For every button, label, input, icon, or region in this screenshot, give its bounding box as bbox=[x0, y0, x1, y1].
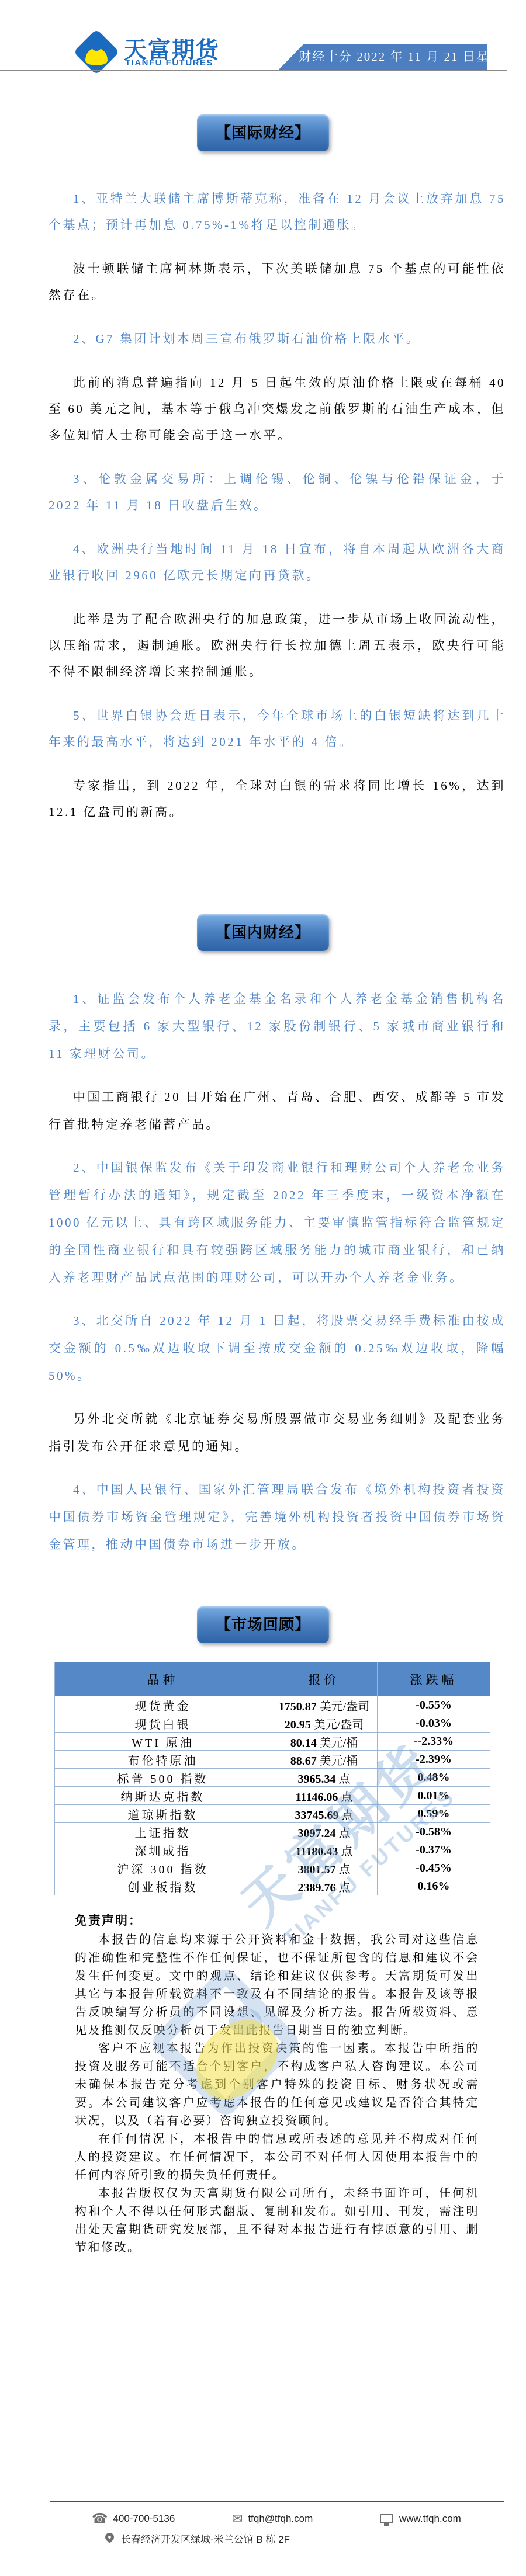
paragraph: 3、伦敦金属交易所：上调伦锡、伦铜、伦镍与伦铅保证金，于 2022 年 11 月… bbox=[49, 466, 506, 519]
table-row: 现货白银20.95 美元/盎司-0.03% bbox=[55, 1714, 490, 1733]
variety-cell: 布伦特原油 bbox=[55, 1751, 271, 1769]
paragraph: 3、北交所自 2022 年 12 月 1 日起，将股票交易经手费标准由按成交金额… bbox=[49, 1307, 506, 1390]
paragraph: 波士顿联储主席柯林斯表示，下次美联储加息 75 个基点的可能性依然存在。 bbox=[49, 256, 506, 308]
website-url: www.tfqh.com bbox=[399, 2513, 461, 2525]
market-review-table: 品种 报价 涨跌幅 现货黄金1750.87 美元/盎司-0.55%现货白银20.… bbox=[54, 1662, 490, 1895]
table-row: 现货黄金1750.87 美元/盎司-0.55% bbox=[55, 1696, 490, 1714]
change-cell: -0.37% bbox=[378, 1841, 490, 1859]
paragraph: 另外北交所就《北京证券交易所股票做市交易业务细则》及配套业务指引发布公开征求意见… bbox=[49, 1405, 506, 1460]
variety-cell: 沪深 300 指数 bbox=[55, 1859, 271, 1877]
footer-address: 长春经济开发区绿城-米兰公馆 B 栋 2F bbox=[105, 2529, 290, 2547]
change-cell: 0.01% bbox=[378, 1787, 490, 1805]
report-page: 天富期货 TIANFU FUTURES 财经十分 2022 年 11 月 21 … bbox=[0, 0, 526, 2576]
variety-cell: 创业板指数 bbox=[55, 1877, 271, 1895]
logo-figure-icon bbox=[80, 36, 113, 68]
table-row: 沪深 300 指数3801.57 点-0.45% bbox=[55, 1859, 490, 1877]
change-cell: 0.16% bbox=[378, 1877, 490, 1895]
table-row: 纳斯达克指数11146.06 点0.01% bbox=[55, 1787, 490, 1805]
date-banner: 财经十分 2022 年 11 月 21 日星期一 bbox=[279, 44, 487, 70]
email-icon: ✉ bbox=[232, 2512, 243, 2526]
section-button-international: 【国际财经】 bbox=[197, 114, 329, 151]
footer-website: www.tfqh.com bbox=[380, 2510, 461, 2528]
quote-cell: 3801.57 点 bbox=[271, 1859, 378, 1877]
table-row: 上证指数3097.24 点-0.58% bbox=[55, 1823, 490, 1841]
paragraph: 本报告的信息均来源于公开资料和金十数据，我公司对这些信息的准确性和完整性不作任何… bbox=[75, 1931, 479, 2040]
table-row: 创业板指数2389.76 点0.16% bbox=[55, 1877, 490, 1895]
quote-cell: 88.67 美元/桶 bbox=[271, 1751, 378, 1769]
footer-email: ✉ tfqh@tfqh.com bbox=[232, 2510, 313, 2528]
table-row: 道琼斯指数33745.69 点0.59% bbox=[55, 1805, 490, 1823]
paragraph: 在任何情况下，本报告中的信息或所表述的意见并不构成对任何人的投资建议。在任何情况… bbox=[75, 2130, 479, 2185]
change-cell: --2.33% bbox=[378, 1733, 490, 1751]
change-cell: -0.03% bbox=[378, 1714, 490, 1733]
variety-cell: 标普 500 指数 bbox=[55, 1769, 271, 1787]
change-cell: -2.39% bbox=[378, 1751, 490, 1769]
quote-cell: 11180.43 点 bbox=[271, 1841, 378, 1859]
paragraph: 本报告版权仅为天富期货有限公司所有，未经书面许可，任何机构和个人不得以任何形式翻… bbox=[75, 2185, 479, 2257]
paragraph: 中国工商银行 20 日开始在广州、青岛、合肥、西安、成都等 5 市发行首批特定养… bbox=[49, 1084, 506, 1138]
variety-cell: 现货白银 bbox=[55, 1714, 271, 1733]
disclaimer-content: 本报告的信息均来源于公开资料和金十数据，我公司对这些信息的准确性和完整性不作任何… bbox=[75, 1931, 479, 2257]
logo-text-en: TIANFU FUTURES bbox=[125, 58, 213, 68]
international-news-content: 1、亚特兰大联储主席博斯蒂克称，准备在 12 月会议上放弃加息 75 个基点；预… bbox=[49, 186, 506, 843]
disclaimer-heading: 免责声明： bbox=[75, 1911, 142, 1929]
variety-cell: 道琼斯指数 bbox=[55, 1805, 271, 1823]
paragraph: 1、证监会发布个人养老金基金名录和个人养老金基金销售机构名录，主要包括 6 家大… bbox=[49, 985, 506, 1068]
paragraph: 1、亚特兰大联储主席博斯蒂克称，准备在 12 月会议上放弃加息 75 个基点；预… bbox=[49, 186, 506, 238]
paragraph: 4、欧洲央行当地时间 11 月 18 日宣布，将自本周起从欧洲各大商业银行收回 … bbox=[49, 536, 506, 589]
change-cell: -0.55% bbox=[378, 1696, 490, 1714]
quote-cell: 33745.69 点 bbox=[271, 1805, 378, 1823]
variety-cell: 现货黄金 bbox=[55, 1696, 271, 1714]
section-button-domestic: 【国内财经】 bbox=[197, 914, 329, 951]
footer-divider bbox=[50, 2501, 504, 2502]
table-row: WTI 原油80.14 美元/桶--2.33% bbox=[55, 1733, 490, 1751]
section-button-market-review: 【市场回顾】 bbox=[197, 1606, 329, 1643]
logo-diamond-icon bbox=[73, 29, 119, 75]
change-cell: -0.45% bbox=[378, 1859, 490, 1877]
paragraph: 5、世界白银协会近日表示，今年全球市场上的白银短缺将达到几十年来的最高水平，将达… bbox=[49, 703, 506, 755]
domestic-news-content: 1、证监会发布个人养老金基金名录和个人养老金基金销售机构名录，主要包括 6 家大… bbox=[49, 985, 506, 1574]
quote-cell: 80.14 美元/桶 bbox=[271, 1733, 378, 1751]
quote-cell: 3965.34 点 bbox=[271, 1769, 378, 1787]
variety-cell: 深圳成指 bbox=[55, 1841, 271, 1859]
quote-cell: 2389.76 点 bbox=[271, 1877, 378, 1895]
phone-number: 400-700-5136 bbox=[113, 2513, 175, 2525]
quote-cell: 3097.24 点 bbox=[271, 1823, 378, 1841]
variety-cell: 上证指数 bbox=[55, 1823, 271, 1841]
column-header-quote: 报价 bbox=[271, 1662, 378, 1696]
quote-cell: 1750.87 美元/盎司 bbox=[271, 1696, 378, 1714]
variety-cell: 纳斯达克指数 bbox=[55, 1787, 271, 1805]
header-divider bbox=[0, 70, 507, 71]
table-header-row: 品种 报价 涨跌幅 bbox=[55, 1662, 490, 1696]
paragraph: 专家指出，到 2022 年，全球对白银的需求将同比增长 16%，达到 12.1 … bbox=[49, 773, 506, 825]
paragraph: 2、G7 集团计划本周三宣布俄罗斯石油价格上限水平。 bbox=[49, 326, 506, 352]
change-cell: -0.58% bbox=[378, 1823, 490, 1841]
email-address: tfqh@tfqh.com bbox=[248, 2513, 313, 2525]
paragraph: 此前的消息普遍指向 12 月 5 日起生效的原油价格上限或在每桶 40 至 60… bbox=[49, 370, 506, 449]
paragraph: 2、中国银保监发布《关于印发商业银行和理财公司个人养老金业务管理暂行办法的通知》… bbox=[49, 1154, 506, 1292]
table-row: 标普 500 指数3965.34 点0.48% bbox=[55, 1769, 490, 1787]
quote-cell: 20.95 美元/盎司 bbox=[271, 1714, 378, 1733]
table-row: 布伦特原油88.67 美元/桶-2.39% bbox=[55, 1751, 490, 1769]
footer-phone: ☎ 400-700-5136 bbox=[92, 2510, 175, 2528]
change-cell: 0.48% bbox=[378, 1769, 490, 1787]
paragraph: 此举是为了配合欧洲央行的加息政策，进一步从市场上收回流动性，以压缩需求，遏制通胀… bbox=[49, 606, 506, 685]
table-row: 深圳成指11180.43 点-0.37% bbox=[55, 1841, 490, 1859]
paragraph: 客户不应视本报告为作出投资决策的惟一因素。本报告中所指的投资及服务可能不适合个别… bbox=[75, 2040, 479, 2130]
variety-cell: WTI 原油 bbox=[55, 1733, 271, 1751]
column-header-change: 涨跌幅 bbox=[378, 1662, 490, 1696]
location-pin-icon bbox=[103, 2530, 116, 2543]
quote-cell: 11146.06 点 bbox=[271, 1787, 378, 1805]
paragraph: 4、中国人民银行、国家外汇管理局联合发布《境外机构投资者投资中国债券市场资金管理… bbox=[49, 1476, 506, 1558]
monitor-icon bbox=[380, 2514, 393, 2523]
phone-icon: ☎ bbox=[92, 2512, 108, 2526]
column-header-variety: 品种 bbox=[55, 1662, 271, 1696]
address-text: 长春经济开发区绿城-米兰公馆 B 栋 2F bbox=[121, 2531, 290, 2546]
change-cell: 0.59% bbox=[378, 1805, 490, 1823]
